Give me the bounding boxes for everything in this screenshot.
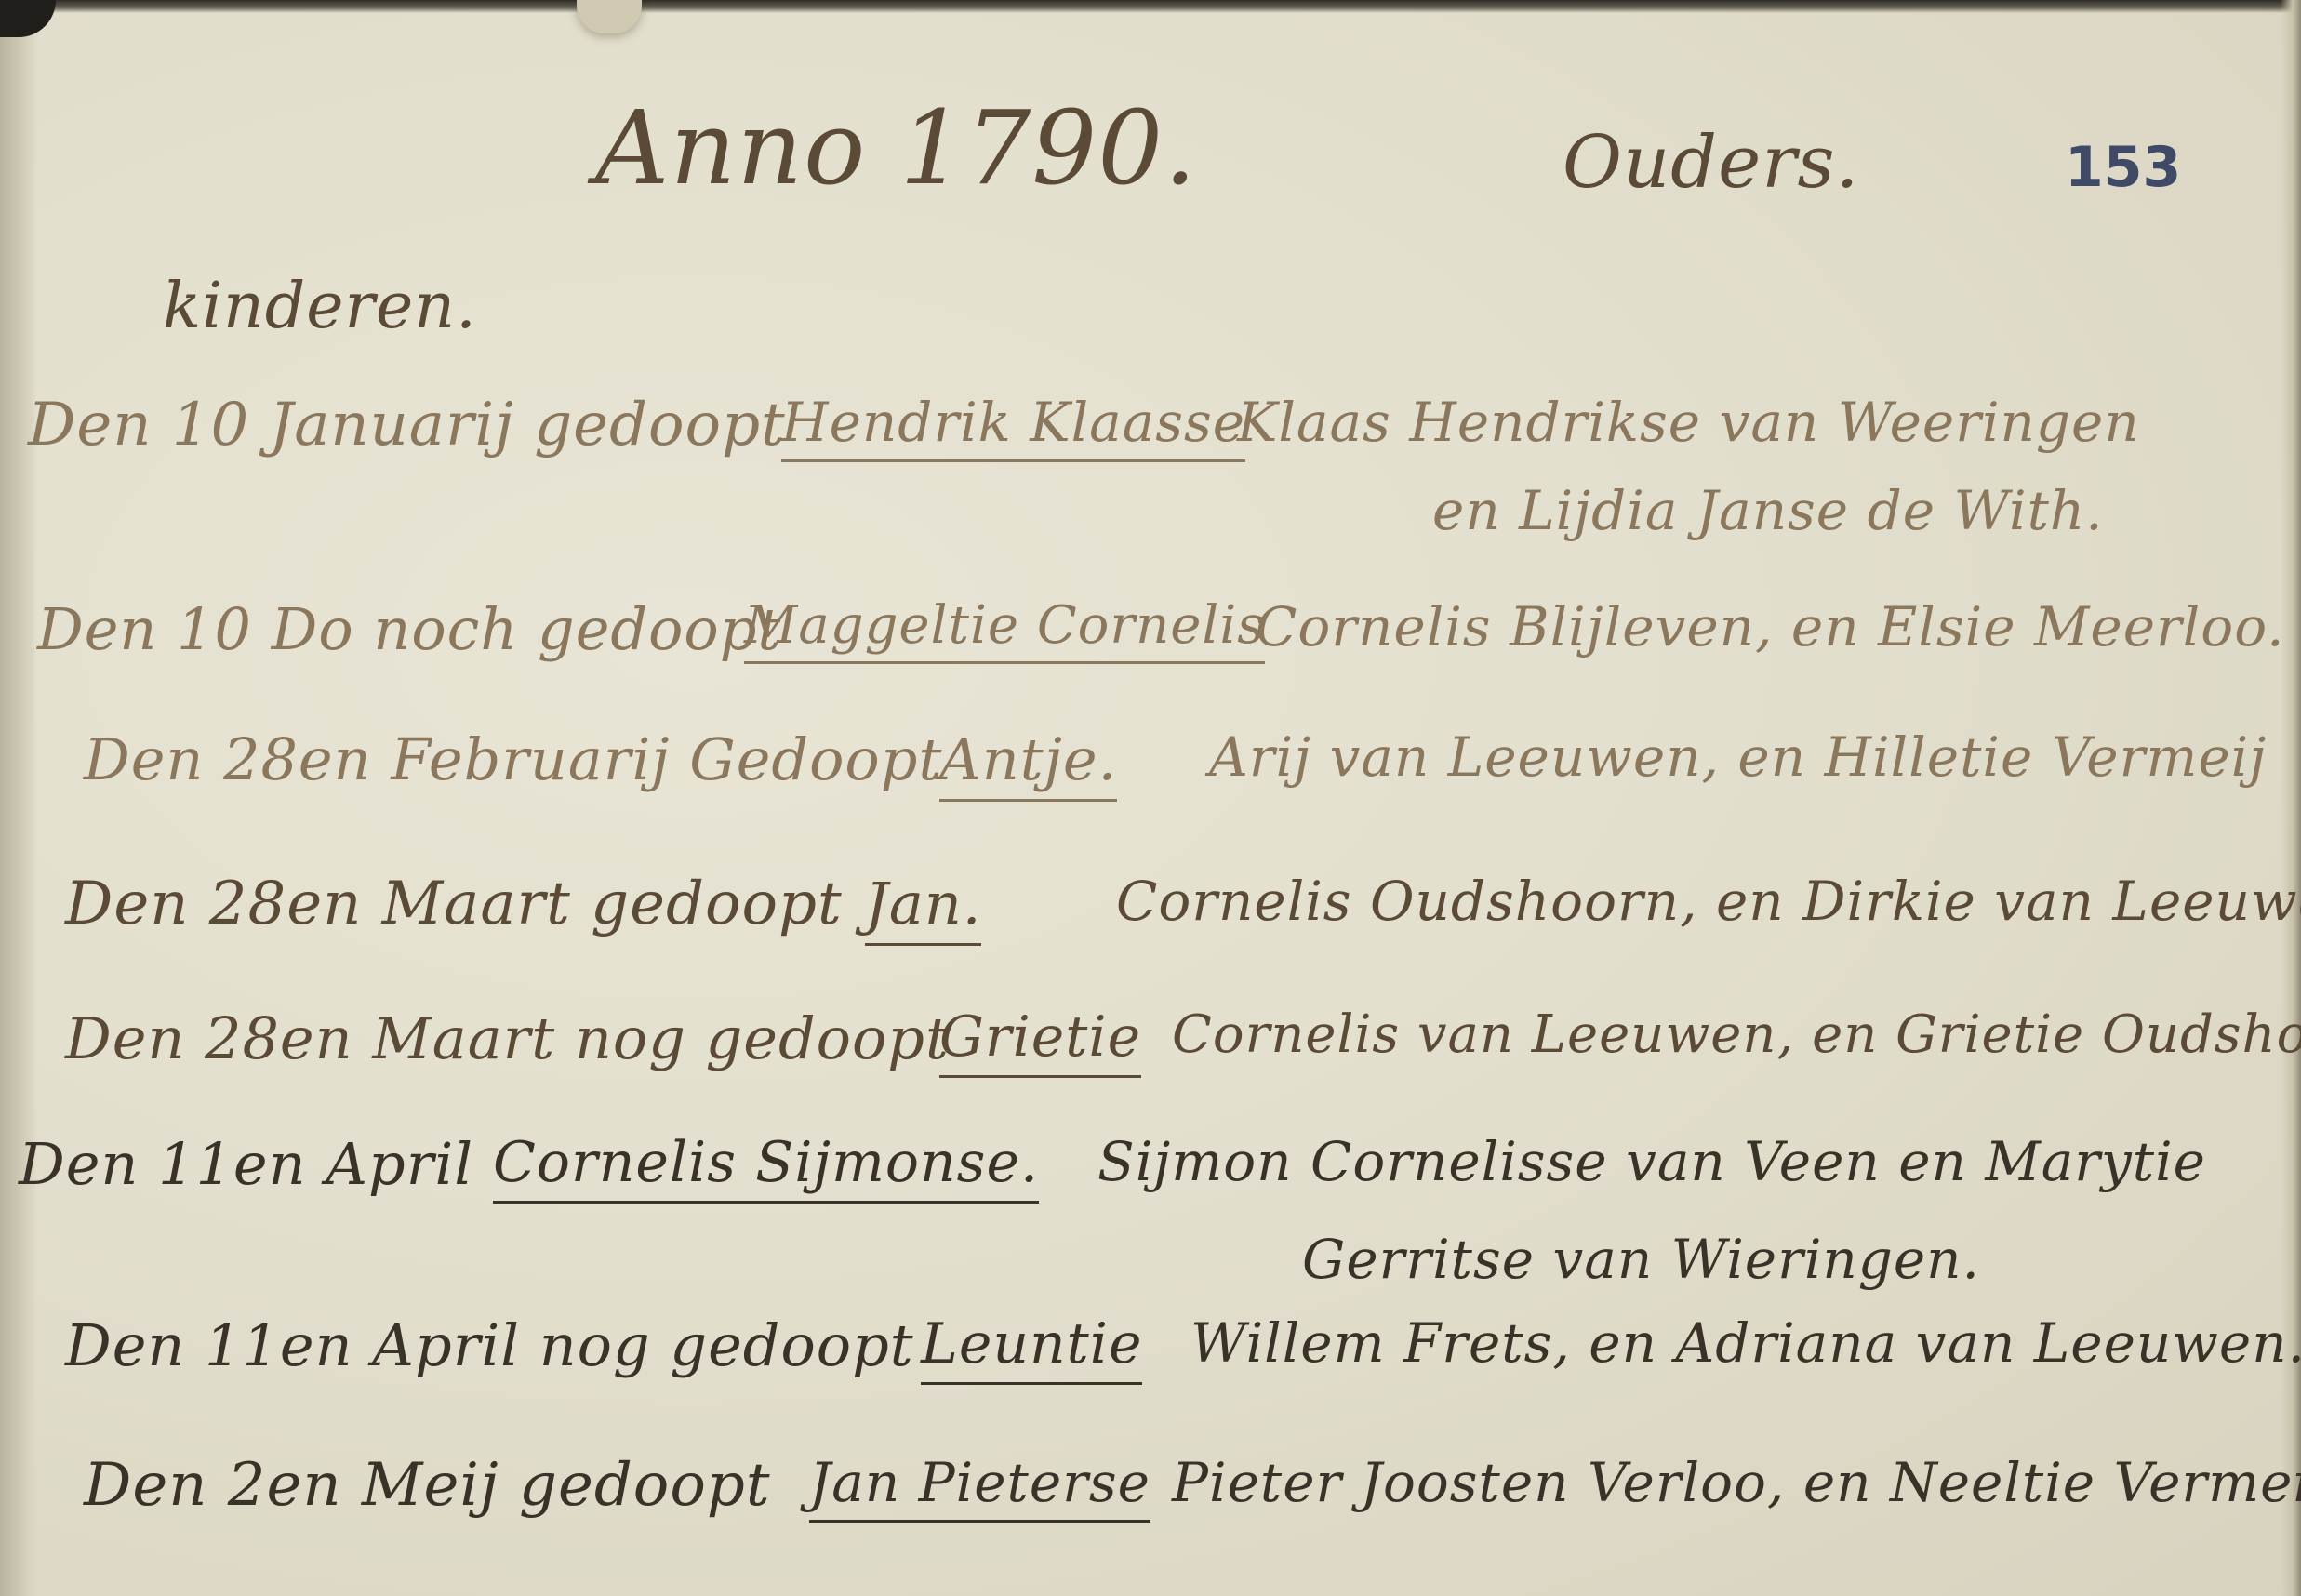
entry-date: Den 10 Januarij gedoopt bbox=[28, 391, 786, 459]
page-number: 153 bbox=[2065, 135, 2181, 200]
page-title: Anno 1790. bbox=[595, 88, 1197, 207]
entry-parents: Cornelis Blijleven, en Elsie Meerloo. bbox=[1256, 595, 2285, 658]
entry-parents: Klaas Hendrikse van Weeringen bbox=[1237, 391, 2140, 454]
entry-parents: Cornelis Oudshoorn, en Dirkie van Leeuwe bbox=[1116, 870, 2301, 933]
entry-date: Den 2en Meij gedoopt bbox=[84, 1451, 771, 1520]
entry-parents-continued: Gerritse van Wieringen. bbox=[1302, 1228, 1980, 1291]
entry-date: Den 11en April bbox=[19, 1130, 473, 1198]
paper-tear bbox=[577, 0, 642, 33]
entry-parents-continued: en Lijdia Janse de With. bbox=[1432, 479, 2104, 542]
entry-child: Cornelis Sijmonse. bbox=[493, 1130, 1039, 1204]
cover-corner bbox=[0, 0, 56, 37]
binding-shadow bbox=[0, 0, 37, 1596]
entry-parents: Cornelis van Leeuwen, en Grietie Oudshoo… bbox=[1172, 1004, 2301, 1065]
entry-child: Maggeltie Cornelis bbox=[744, 595, 1265, 664]
entry-date: Den 28en Maart nog gedoopt bbox=[65, 1004, 950, 1072]
register-page: Anno 1790. Ouders. 153 kinderen. Den 10 … bbox=[0, 0, 2301, 1596]
entry-date: Den 28en Februarij Gedoopt bbox=[84, 725, 942, 793]
entry-date: Den 28en Maart gedoopt bbox=[65, 870, 843, 938]
entry-parents: Sijmon Cornelisse van Veen en Marytie bbox=[1097, 1130, 2206, 1193]
page-top-edge bbox=[0, 0, 2301, 13]
entry-child: Jan. bbox=[865, 870, 981, 946]
entry-child: Leuntie bbox=[921, 1311, 1142, 1385]
entry-child: Hendrik Klaasse bbox=[781, 391, 1245, 462]
entry-child: Grietie bbox=[939, 1004, 1141, 1078]
column-heading-parents: Ouders. bbox=[1563, 121, 1859, 205]
entry-date: Den 11en April nog gedoopt bbox=[65, 1311, 914, 1379]
entry-parents: Willem Frets, en Adriana van Leeuwen. bbox=[1190, 1311, 2301, 1375]
entry-child: Jan Pieterse bbox=[809, 1451, 1150, 1523]
column-heading-children: kinderen. bbox=[163, 270, 477, 343]
entry-date: Den 10 Do noch gedoopt bbox=[37, 595, 781, 663]
entry-parents: Pieter Joosten Verloo, en Neeltie Vermei… bbox=[1172, 1451, 2301, 1514]
entry-child: Antje. bbox=[939, 725, 1117, 802]
entry-parents: Arij van Leeuwen, en Hilletie Vermeij bbox=[1209, 725, 2267, 789]
